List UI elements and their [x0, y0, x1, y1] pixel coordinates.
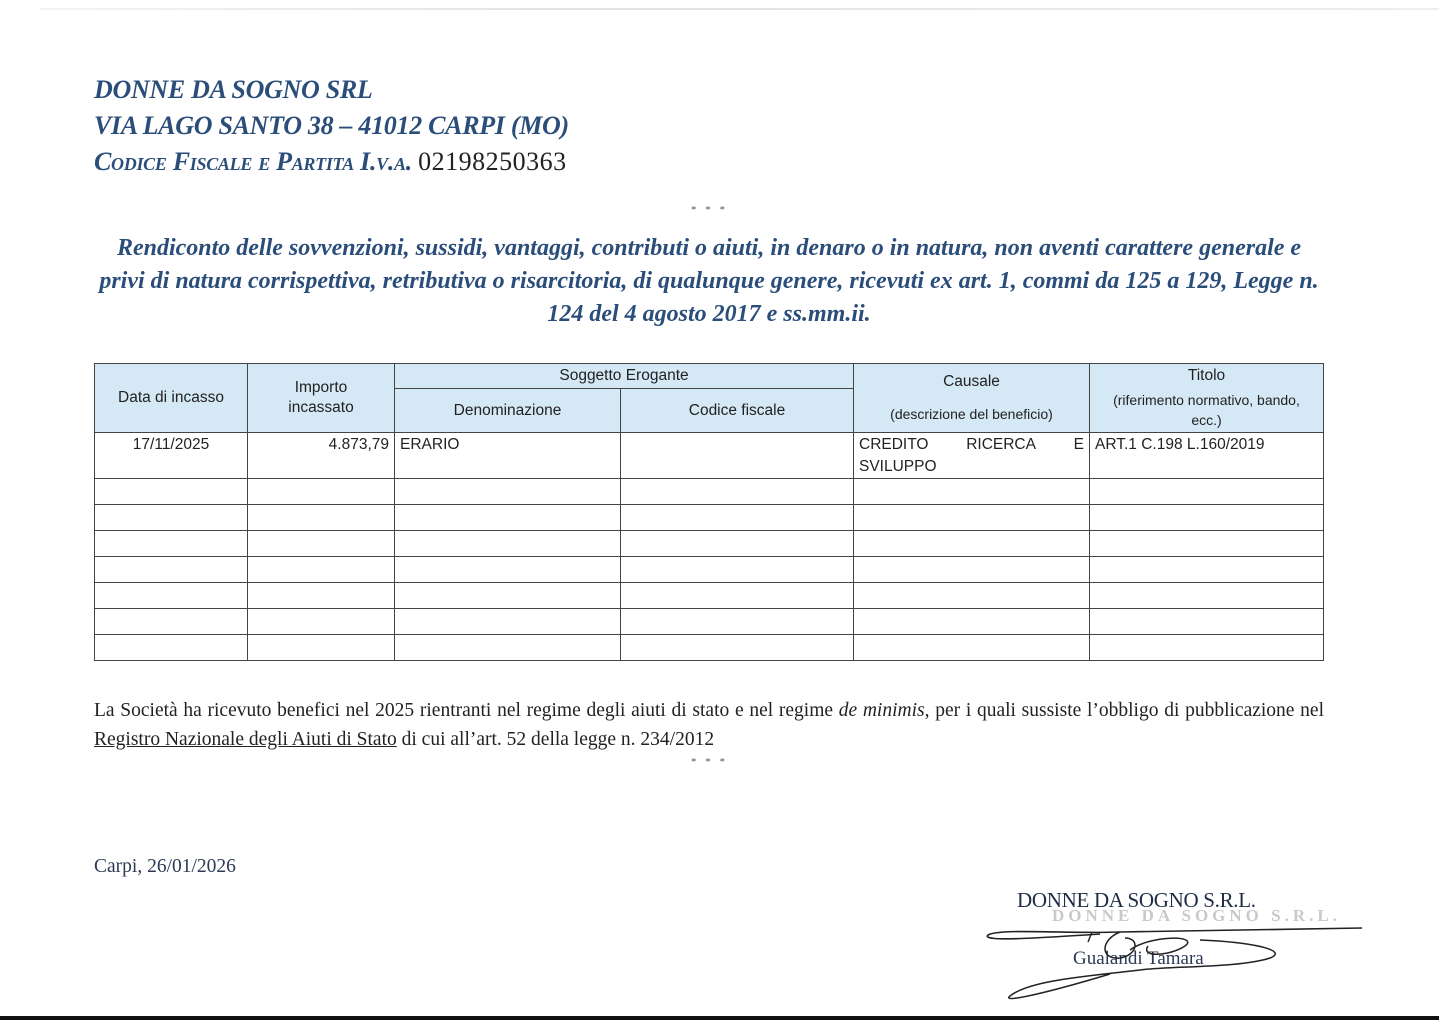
table-row-empty [95, 609, 1324, 635]
company-address: VIA LAGO SANTO 38 – 41012 CARPI (MO) [94, 108, 569, 144]
empty-cell [95, 531, 248, 557]
table-row-empty [95, 531, 1324, 557]
header-amount-line1: Importo [253, 378, 389, 398]
company-vat-line: Codice Fiscale e Partita I.v.a. 02198250… [94, 144, 569, 180]
place-date: Carpi, 26/01/2026 [94, 856, 236, 878]
empty-cell [621, 479, 854, 505]
note-text: La Società ha ricevuto benefici nel 2025… [94, 700, 839, 721]
empty-cell [95, 635, 248, 661]
document-title: Rendiconto delle sovvenzioni, sussidi, v… [94, 232, 1324, 331]
empty-cell [621, 635, 854, 661]
handwritten-signature-icon [970, 880, 1390, 1010]
header-reason-label: Causale [859, 372, 1084, 392]
empty-cell [248, 531, 395, 557]
header-amount: Importo incassato [248, 364, 395, 433]
empty-cell [854, 479, 1090, 505]
empty-cell [248, 505, 395, 531]
table-row-empty [95, 583, 1324, 609]
empty-cell [1090, 635, 1324, 661]
scan-edge-bottom [0, 1016, 1439, 1020]
registry-link[interactable]: Registro Nazionale degli Aiuti di Stato [94, 729, 397, 750]
header-date: Data di incasso [95, 364, 248, 433]
empty-cell [248, 635, 395, 661]
header-grantor-tax-code: Codice fiscale [621, 389, 854, 433]
cell-date: 17/11/2025 [95, 433, 248, 479]
empty-cell [248, 583, 395, 609]
header-grantor-name: Denominazione [395, 389, 621, 433]
reason-word: CREDITO [859, 434, 928, 456]
header-title-sub: (riferimento normativo, bando, ecc.) [1095, 390, 1318, 430]
cell-grantor-name: ERARIO [395, 433, 621, 479]
empty-cell [95, 479, 248, 505]
table-row-empty [95, 557, 1324, 583]
empty-cell [854, 609, 1090, 635]
empty-cell [1090, 583, 1324, 609]
empty-cell [1090, 479, 1324, 505]
vat-label: Codice Fiscale e Partita I.v.a. [94, 147, 412, 176]
cell-amount: 4.873,79 [248, 433, 395, 479]
publication-note: La Società ha ricevuto benefici nel 2025… [94, 696, 1324, 754]
empty-cell [395, 531, 621, 557]
separator-bottom: * * * [0, 756, 1419, 768]
empty-cell [621, 583, 854, 609]
empty-cell [248, 557, 395, 583]
empty-cell [395, 635, 621, 661]
company-name: DONNE DA SOGNO SRL [94, 72, 569, 108]
empty-cell [395, 479, 621, 505]
empty-cell [395, 583, 621, 609]
empty-cell [854, 635, 1090, 661]
company-header: DONNE DA SOGNO SRL VIA LAGO SANTO 38 – 4… [94, 72, 569, 180]
empty-cell [95, 583, 248, 609]
empty-cell [854, 583, 1090, 609]
empty-cell [395, 557, 621, 583]
empty-cell [248, 609, 395, 635]
empty-cell [1090, 531, 1324, 557]
note-italic: de minimis [839, 700, 925, 721]
header-title: Titolo (riferimento normativo, bando, ec… [1090, 364, 1324, 433]
header-grantor-group: Soggetto Erogante [395, 364, 854, 389]
empty-cell [248, 479, 395, 505]
empty-cell [621, 609, 854, 635]
reason-line1: CREDITO RICERCA E [859, 434, 1084, 456]
empty-cell [621, 505, 854, 531]
note-text: di cui all’art. 52 della legge n. 234/20… [397, 729, 714, 750]
aid-table: Data di incasso Importo incassato Sogget… [94, 363, 1324, 661]
empty-cell [395, 609, 621, 635]
note-text: , per i quali sussiste l’obbligo di pubb… [925, 700, 1324, 721]
header-reason-sub: (descrizione del beneficio) [859, 404, 1084, 424]
separator-top: * * * [0, 204, 1419, 216]
empty-cell [95, 609, 248, 635]
table-row-empty [95, 505, 1324, 531]
header-title-label: Titolo [1095, 366, 1318, 386]
empty-cell [854, 557, 1090, 583]
scan-edge-top [40, 8, 1439, 10]
empty-cell [621, 531, 854, 557]
header-reason: Causale (descrizione del beneficio) [854, 364, 1090, 433]
table-row-empty [95, 479, 1324, 505]
empty-cell [854, 531, 1090, 557]
empty-cell [1090, 557, 1324, 583]
cell-title: ART.1 C.198 L.160/2019 [1090, 433, 1324, 479]
table-row: 17/11/2025 4.873,79 ERARIO CREDITO RICER… [95, 433, 1324, 479]
vat-number: 02198250363 [418, 147, 567, 176]
empty-cell [1090, 505, 1324, 531]
reason-line2: SVILUPPO [859, 456, 1084, 478]
empty-cell [1090, 609, 1324, 635]
header-amount-line2: incassato [253, 398, 389, 418]
reason-word: RICERCA [966, 434, 1036, 456]
cell-grantor-tax-code [621, 433, 854, 479]
reason-word: E [1074, 434, 1084, 456]
empty-cell [621, 557, 854, 583]
empty-cell [395, 505, 621, 531]
empty-cell [95, 505, 248, 531]
empty-cell [95, 557, 248, 583]
empty-cell [854, 505, 1090, 531]
table-row-empty [95, 635, 1324, 661]
signature-block: DONNE DA SOGNO S.R.L. DONNE DA SOGNO S.R… [970, 880, 1390, 1010]
cell-reason: CREDITO RICERCA E SVILUPPO [854, 433, 1090, 479]
